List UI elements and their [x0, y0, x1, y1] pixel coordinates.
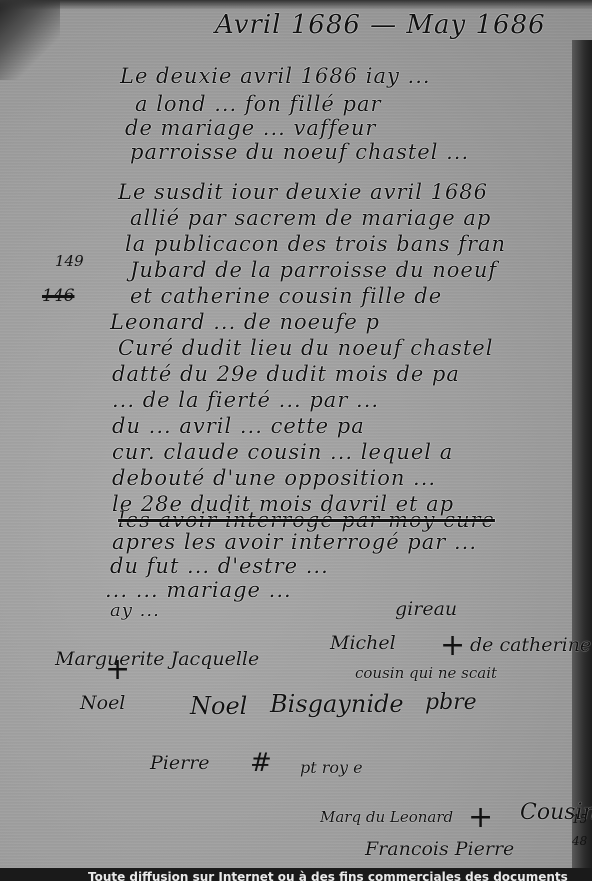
margin-number-struck: 146	[42, 286, 74, 306]
entry2-line: et catherine cousin fille de	[130, 284, 442, 308]
entry2-line: la publicacon des trois bans fran	[125, 232, 506, 256]
page-number: 48	[572, 834, 587, 848]
signature-francois-pierre: Francois Pierre	[365, 838, 514, 860]
entry2-line: du fut ... d'estre ...	[110, 554, 329, 578]
signature-pierre: Pierre	[150, 752, 210, 774]
entry2-line: allié par sacrem de mariage ap	[130, 206, 491, 230]
entry2-line: debouté d'une opposition ...	[112, 466, 436, 490]
page-corner-shadow	[0, 0, 60, 80]
entry2-line: datté du 29e dudit mois de pa	[112, 362, 460, 386]
cross-mark: +	[468, 800, 493, 835]
entry1-line: parroisse du noeuf chastel ...	[130, 140, 469, 164]
entry2-line: cur. claude cousin ... lequel a	[112, 440, 453, 464]
signature-note: Noel	[80, 692, 125, 714]
signature-pbre: pbre	[425, 690, 477, 715]
signature-note: cousin qui ne scait	[355, 664, 497, 682]
entry2-line: apres les avoir interrogé par ...	[112, 530, 477, 554]
signature-troy: pt roy e	[300, 758, 363, 777]
entry2-line: Leonard ... de noeufe p	[110, 310, 380, 334]
signature-gireau: gireau	[395, 598, 457, 620]
margin-number: 149	[55, 252, 84, 270]
cross-mark: +	[105, 652, 130, 687]
signature-marguerite: Marguerite Jacquelle	[55, 648, 259, 670]
entry2-line-struck: les avoir interrogé par moy cure	[118, 508, 495, 532]
entry1-line: a lond ... fon fillé par	[135, 92, 382, 116]
entry2-line: ... ... mariage ...	[105, 578, 292, 602]
signature-marq-leonard: Marq du Leonard	[320, 808, 453, 826]
page-header: Avril 1686 — May 1686	[215, 10, 546, 40]
signature-catherine: de catherine	[470, 634, 591, 656]
entry2-line: du ... avril ... cette pa	[112, 414, 365, 438]
entry2-line: ay ...	[110, 600, 160, 621]
entry2-line: ... de la fierté ... par ...	[112, 388, 379, 412]
scribble-mark-icon: #	[250, 748, 272, 778]
register-page: Avril 1686 — May 1686 Le deuxie avril 16…	[0, 0, 592, 868]
entry2-line: Jubard de la parroisse du noeuf	[130, 258, 497, 282]
signature-michel: Michel	[330, 632, 396, 654]
entry2-line: Curé dudit lieu du noeuf chastel	[118, 336, 493, 360]
binding-edge-shadow	[572, 40, 592, 868]
page-number: 15	[572, 812, 587, 826]
signature-bisgaynide: Bisgaynide	[270, 690, 404, 718]
copyright-notice: Toute diffusion sur Internet ou à des fi…	[88, 870, 568, 881]
entry1-line: de mariage ... vaffeur	[125, 116, 376, 140]
entry2-line: Le susdit iour deuxie avril 1686	[118, 180, 488, 204]
page-top-shadow	[0, 0, 592, 10]
cross-mark: +	[440, 628, 465, 663]
entry1-line: Le deuxie avril 1686 iay ...	[120, 64, 431, 88]
copyright-footer: Toute diffusion sur Internet ou à des fi…	[0, 868, 592, 881]
signature-noel: Noel	[190, 692, 247, 720]
